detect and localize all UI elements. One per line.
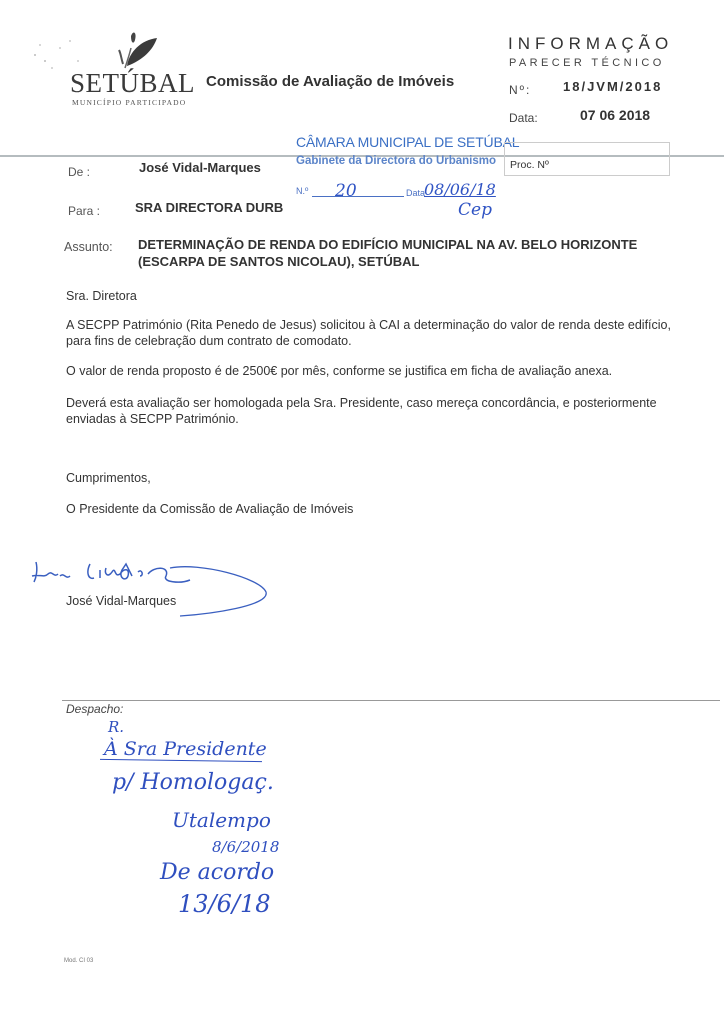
organization-title: Comissão de Avaliação de Imóveis	[206, 73, 454, 90]
logo-wordmark: SETÚBAL	[70, 68, 195, 99]
handwritten-date: 8/6/2018	[212, 838, 279, 856]
signer-name: José Vidal-Marques	[66, 594, 176, 608]
proc-number-label: Proc. Nº	[510, 159, 549, 171]
despacho-divider	[62, 700, 720, 701]
stamp-date-handwritten: 08/06/18	[424, 180, 496, 199]
subject-value: DETERMINAÇÃO DE RENDA DO EDIFÍCIO MUNICI…	[138, 236, 698, 270]
logo-tagline: MUNICÍPIO PARTICIPADO	[72, 98, 186, 107]
setubal-logo: SETÚBAL MUNICÍPIO PARTICIPADO	[20, 28, 190, 108]
stamp-number-line	[312, 196, 404, 197]
signer-role: O Presidente da Comissão de Avaliação de…	[66, 501, 353, 517]
handwritten-note: R.	[108, 718, 124, 736]
closing: Cumprimentos,	[66, 470, 151, 486]
body-paragraph: O valor de renda proposto é de 2500€ por…	[66, 363, 706, 379]
salutation: Sra. Diretora	[66, 288, 137, 304]
handwritten-date: 13/6/18	[178, 890, 271, 918]
document-date: 07 06 2018	[580, 107, 650, 123]
despacho-label: Despacho:	[66, 702, 123, 716]
decorative-dots-icon	[30, 33, 90, 73]
to-value: SRA DIRECTORA DURB	[135, 200, 283, 215]
fountain-leaf-logo-icon	[115, 28, 165, 70]
to-label: Para :	[68, 204, 100, 218]
number-label: Nº:	[509, 83, 531, 97]
document-type: INFORMAÇÃO	[508, 34, 673, 54]
stamp-date-label: Data	[406, 188, 425, 198]
document-number: 18/JVM/2018	[563, 79, 662, 94]
subject-label: Assunto:	[64, 240, 113, 254]
stamp-title: CÂMARA MUNICIPAL DE SETÚBAL	[296, 134, 519, 150]
form-code: Mod. CI 03	[64, 958, 93, 964]
handwritten-note: p/ Homologaç.	[112, 770, 274, 795]
from-label: De :	[68, 165, 90, 179]
handwritten-signature-icon	[30, 550, 280, 620]
handwritten-note: À Sra Presidente	[104, 738, 267, 760]
stamp-number-handwritten: 20	[335, 181, 357, 201]
handwritten-signature: Utalempo	[172, 808, 271, 832]
document-subtype: PARECER TÉCNICO	[509, 57, 665, 69]
from-value: José Vidal-Marques	[139, 160, 261, 175]
handwritten-note: De acordo	[160, 860, 274, 885]
date-label: Data:	[509, 111, 538, 125]
stamp-number-label: N.º	[296, 186, 308, 196]
body-paragraph: A SECPP Património (Rita Penedo de Jesus…	[66, 317, 696, 349]
stamp-subtitle: Gabinete da Directora do Urbanismo	[296, 155, 496, 167]
stamp-initials-handwritten: Cep	[458, 200, 492, 220]
body-paragraph: Deverá esta avaliação ser homologada pel…	[66, 395, 696, 427]
